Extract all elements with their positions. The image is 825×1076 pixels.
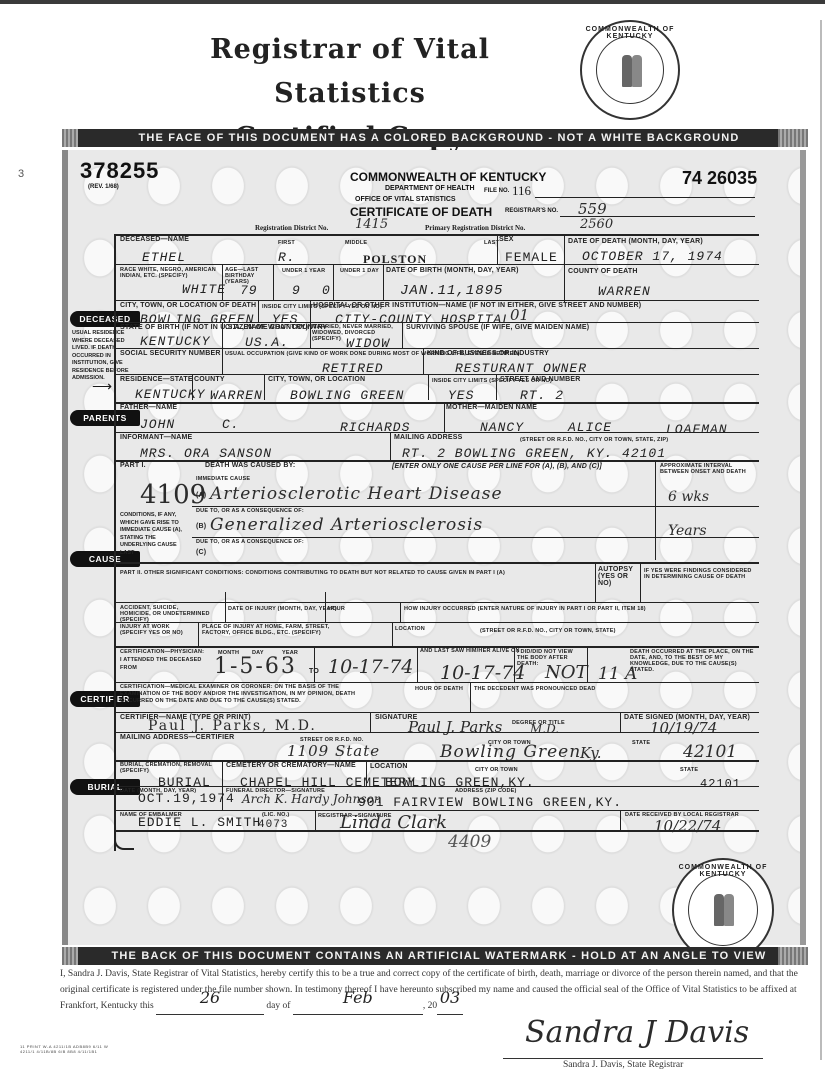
race-label: RACE WHITE, NEGRO, AMERICAN INDIAN, ETC.… [120, 267, 220, 279]
state-of-birth-value: KENTUCKY [140, 334, 210, 349]
informant-mailing-label: MAILING ADDRESS [394, 434, 462, 441]
examiner-hour-label: HOUR OF DEATH [415, 686, 463, 692]
residence-state-value: KENTUCKY [135, 387, 205, 402]
heading-line-1: Registrar of Vital Statistics [140, 28, 560, 116]
months-value: 9 [292, 283, 301, 298]
cause-a-interval: 6 wks [668, 489, 709, 505]
certification-month: Feb [293, 990, 423, 1006]
serial-number: 378255 [80, 158, 159, 184]
dob-label: DATE OF BIRTH (MONTH, DAY, YEAR) [386, 267, 519, 274]
cause-a: Arteriosclerotic Heart Disease [210, 484, 503, 504]
age-value: 79 [240, 283, 258, 298]
burial-zip-value: 42101 [700, 777, 741, 791]
banner-ornament-right [778, 129, 808, 147]
stamp-number: 74 26035 [682, 168, 757, 189]
attended-from-value: 1-5-63 [214, 654, 297, 679]
injury-date-label: DATE OF INJURY (MONTH, DAY, YEAR) [228, 606, 337, 612]
date-received-value: 10/22/74 [654, 817, 721, 835]
residence-county-label: COUNTY [194, 376, 225, 383]
top-security-banner: THE FACE OF THIS DOCUMENT HAS A COLORED … [78, 129, 800, 147]
margin-mark: 3 [18, 168, 24, 180]
autopsy-label: AUTOPSY (YES OR NO) [598, 566, 638, 587]
last-saw-label: AND LAST SAW HIM/HER ALIVE ON [420, 648, 520, 654]
injury-at-work-label: INJURY AT WORK (SPECIFY YES OR NO) [120, 624, 195, 636]
agency-name: COMMONWEALTH OF KENTUCKY [350, 170, 546, 184]
cause-b: Generalized Arteriosclerosis [210, 515, 483, 535]
department-name: DEPARTMENT OF HEALTH [385, 185, 475, 192]
last-saw-value: 10-17-74 [440, 662, 525, 684]
conditions-note: CONDITIONS, IF ANY, WHICH GAVE RISE TO I… [120, 512, 192, 557]
bottom-security-banner: THE BACK OF THIS DOCUMENT CONTAINS AN AR… [78, 947, 800, 965]
injury-place-label: PLACE OF INJURY AT HOME, FARM, STREET, F… [202, 624, 332, 636]
certification-year: 03 [437, 990, 463, 1006]
sex-value: FEMALE [505, 250, 558, 265]
physician-cert-label: CERTIFICATION—PHYSICIAN: I ATTENDED THE … [120, 648, 205, 672]
day-blank: 26 [156, 998, 264, 1015]
viewed-body-value: NOT [545, 662, 588, 683]
informant-mailing-sub-label: (STREET OR R.F.D. NO., CITY OR TOWN, STA… [520, 437, 668, 443]
hospital-label: HOSPITAL OR OTHER INSTITUTION—NAME (IF N… [313, 302, 641, 309]
injury-location-label: LOCATION [395, 626, 425, 632]
disposition-type-label: BURIAL, CREMATION, REMOVAL (SPECIFY) [120, 762, 220, 774]
part1-label: PART I. [120, 462, 146, 469]
burial-state-label: STATE [680, 767, 698, 773]
primary-district-value: 2560 [580, 217, 613, 232]
how-injury-label: HOW INJURY OCCURRED (ENTER NATURE OF INJ… [404, 606, 646, 612]
informant-label: INFORMANT—NAME [120, 434, 192, 441]
handwritten-annotation: 4409 [448, 832, 491, 852]
certifier-street-value: 1109 State [287, 742, 380, 760]
signature-line [503, 1058, 763, 1059]
name-label: DECEASED—NAME [120, 236, 189, 243]
cemetery-label: CEMETERY OR CREMATORY—NAME [226, 762, 356, 769]
middle-label: MIDDLE [345, 240, 367, 246]
funeral-address-value: 901 FAIRVIEW BOWLING GREEN,KY. [358, 795, 622, 810]
residence-inside-city-value: YES [448, 388, 474, 403]
section-tab-parents: PARENTS [70, 410, 140, 426]
cause-instruction: [ENTER ONLY ONE CAUSE PER LINE FOR (a), … [392, 463, 602, 470]
certification-day: 26 [156, 990, 264, 1006]
residence-street-label: STREET AND NUMBER [500, 376, 581, 383]
form-revision: (REV. 1/68) [88, 184, 119, 190]
print-code: 11 PRINT W-A 4211/1B ADB8B9 6/11 W 4211/… [20, 1044, 110, 1054]
attended-to-value: 10-17-74 [328, 656, 413, 678]
residence-county-value: WARREN [210, 388, 263, 403]
under-1-day-label: UNDER 1 DAY [340, 268, 379, 274]
father-middle: C. [222, 417, 240, 432]
informant-mailing-value: RT. 2 BOWLING GREEN, KY. 42101 [402, 446, 666, 461]
hour-of-death-value: 11 A [598, 664, 637, 684]
injury-location-sub-label: (STREET OR R.F.D. NO., CITY OR TOWN, STA… [480, 628, 616, 634]
county-of-death-value: WARREN [598, 284, 651, 299]
degree-value: M.D. [530, 722, 559, 736]
embalmer-value: EDDIE L. SMITH [138, 815, 261, 830]
sex-label: SEX [499, 236, 514, 243]
burial-location-label: LOCATION [370, 763, 408, 770]
residence-city-value: BOWLING GREEN [290, 388, 404, 403]
reg-district-label: Registration District No. [255, 224, 328, 232]
father-label: FATHER—NAME [120, 404, 177, 411]
certifier-signature: Paul J. Parks [408, 718, 502, 736]
certification-statement: I, Sandra J. Davis, State Registrar of V… [60, 966, 805, 1015]
reg-district-value: 1415 [355, 217, 388, 232]
certifier-state-label: STATE [632, 740, 650, 746]
spouse-label: SURVIVING SPOUSE (IF WIFE, GIVE MAIDEN N… [406, 324, 589, 331]
license-label: (LIC. NO.) [262, 812, 289, 818]
date-signed-value: 10/19/74 [650, 719, 717, 737]
residence-state-label: RESIDENCE—STATE [120, 376, 193, 383]
city-of-death-label: CITY, TOWN, OR LOCATION OF DEATH [120, 302, 256, 309]
primary-district-label: Primary Registration District No. [425, 224, 525, 232]
year-prefix: 20 [428, 1001, 438, 1011]
residence-city-label: CITY, TOWN, OR LOCATION [268, 376, 365, 383]
caused-by-label: DEATH WAS CAUSED BY: [205, 462, 295, 469]
file-no-value: 116 [512, 183, 531, 199]
registrar-no-label: REGISTRAR'S NO. [505, 208, 558, 214]
year-blank: 03 [437, 998, 463, 1015]
deceased-first-name: ETHEL [142, 250, 186, 265]
burial-city-label: CITY OR TOWN [475, 767, 518, 773]
day-of-label: day of [266, 1001, 290, 1011]
interval-label: APPROXIMATE INTERVAL BETWEEN ONSET AND D… [660, 463, 755, 475]
month-blank: Feb [293, 998, 423, 1015]
arrow-right-icon: ⟶ [92, 378, 112, 395]
dob-value: JAN.11,1895 [400, 283, 503, 299]
kentucky-seal-icon: COMMONWEALTH OF KENTUCKY [580, 20, 680, 120]
race-value: WHITE [182, 282, 226, 297]
funeral-address-label: ADDRESS (ZIP CODE) [455, 788, 517, 794]
pronounced-label: THE DECEDENT WAS PRONOUNCED DEAD [474, 686, 596, 692]
certifier-city-value: Bowling Green [440, 742, 581, 762]
mother-last: LOAFMAN [666, 422, 728, 437]
burial-date-value: OCT.19,1974 [138, 791, 235, 806]
days-value: 0 [322, 283, 331, 298]
injury-hour-label: HOUR [328, 606, 345, 612]
office-name: OFFICE OF VITAL STATISTICS [355, 196, 456, 203]
business-label: KIND OF BUSINESS OR INDUSTRY [427, 350, 549, 357]
banner-ornament-right-bottom [778, 947, 808, 965]
due-to-label-c: DUE TO, OR AS A CONSEQUENCE OF: [196, 539, 304, 545]
deceased-middle-name: R. [278, 250, 296, 265]
file-no-label: FILE NO. [484, 188, 509, 194]
certifier-mailing-label: MAILING ADDRESS—CERTIFIER [120, 734, 234, 741]
scan-right-edge [820, 20, 822, 1060]
residence-street-value: RT. 2 [520, 388, 564, 403]
findings-label: IF YES WERE FINDINGS CONSIDERED IN DETER… [644, 568, 754, 580]
examiner-cert-label: CERTIFICATION—MEDICAL EXAMINER OR CORONE… [120, 684, 380, 705]
ssn-label: SOCIAL SECURITY NUMBER [120, 350, 221, 357]
father-first: JOHN [140, 417, 175, 432]
death-occurred-label: DEATH OCCURRED AT THE PLACE, ON THE DATE… [630, 649, 755, 673]
due-to-label-b: DUE TO, OR AS A CONSEQUENCE OF: [196, 508, 304, 514]
page-header: Registrar of Vital Statistics Certified … [0, 0, 825, 130]
certifier-zip-value: 42101 [683, 742, 737, 762]
first-label: FIRST [278, 240, 295, 246]
date-of-death-label: DATE OF DEATH (MONTH, DAY, YEAR) [568, 238, 703, 245]
date-of-death-value: OCTOBER 17, 1974 [582, 249, 723, 264]
informant-value: MRS. ORA SANSON [140, 446, 272, 461]
under-1-year-label: UNDER 1 YEAR [282, 268, 325, 274]
mother-label: MOTHER—MAIDEN NAME [446, 404, 537, 411]
part2-label: PART II. OTHER SIGNIFICANT CONDITIONS: C… [120, 570, 505, 576]
signer-caption: Sandra J. Davis, State Registrar [563, 1060, 683, 1070]
county-of-death-label: COUNTY OF DEATH [568, 268, 638, 275]
accident-label: ACCIDENT, SUICIDE, HOMICIDE, OR UNDETERM… [120, 605, 210, 623]
state-registrar-signature: Sandra J Davis [525, 1015, 749, 1050]
